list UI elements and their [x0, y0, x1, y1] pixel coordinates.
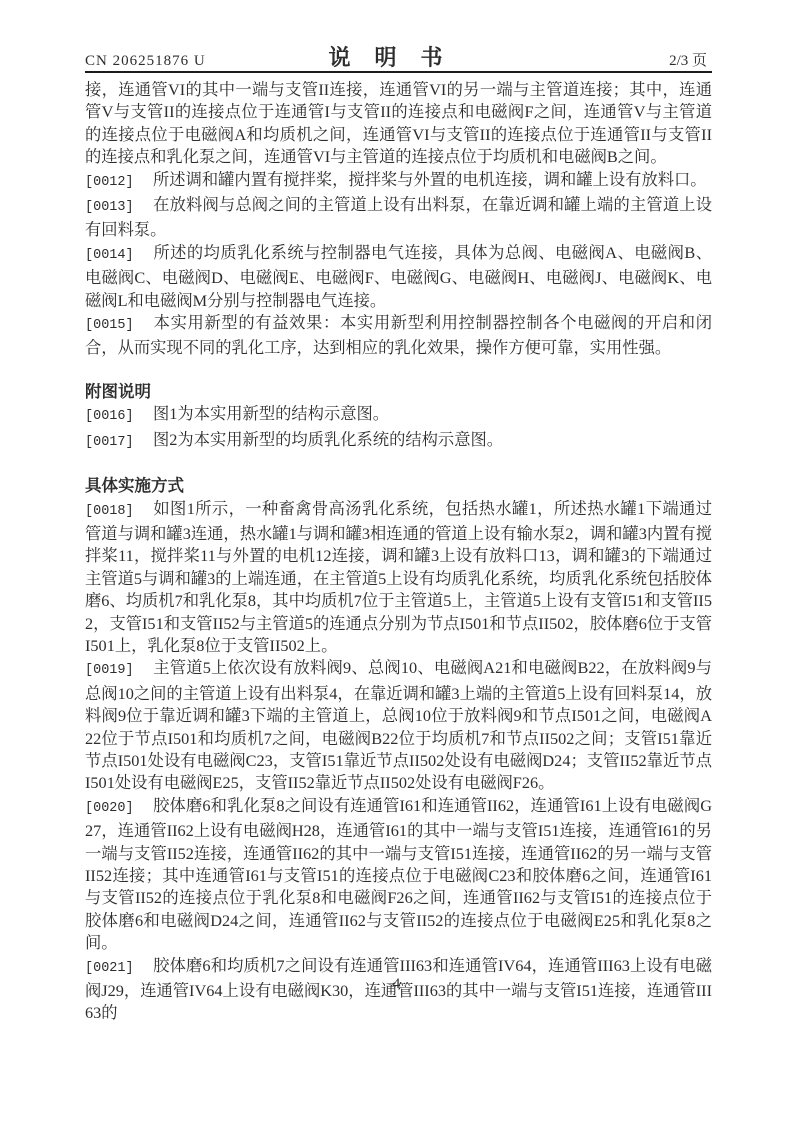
paragraph: [0019]主管道5上依次设有放料阀9、总阀10、电磁阀A21和电磁阀B22，在… [85, 657, 712, 794]
paragraph-number: [0016] [85, 406, 153, 428]
patent-specification-page: CN 206251876 U 说明书 2/3 页 接，连通管VI的其中一端与支管… [0, 0, 793, 1122]
page-header: CN 206251876 U 说明书 2/3 页 [85, 44, 710, 70]
page-footer: 4 [0, 976, 793, 993]
paragraph-number: [0018] [85, 501, 153, 523]
paragraph-number: [0019] [85, 660, 153, 682]
section-heading: 附图说明 [85, 381, 712, 403]
paragraph: [0020]胶体磨6和乳化泵8之间设有连通管I61和连通管II62，连通管I61… [85, 795, 712, 955]
paragraph-text: 如图1所示，一种畜禽骨高汤乳化系统，包括热水罐1，所述热水罐1下端通过管道与调和… [85, 499, 712, 655]
paragraph: [0012]所述调和罐内置有搅拌桨，搅拌桨与外置的电机连接，调和罐上设有放料口。 [85, 169, 712, 194]
page-indicator: 2/3 页 [669, 49, 707, 70]
paragraph-number: [0020] [85, 798, 153, 820]
paragraph-text: 所述的均质乳化系统与控制器电气连接，具体为总阀、电磁阀A、电磁阀B、电磁阀C、电… [85, 243, 712, 310]
paragraph-text: 主管道5上依次设有放料阀9、总阀10、电磁阀A21和电磁阀B22，在放料阀9与总… [85, 658, 712, 792]
header-rule [85, 71, 712, 73]
paragraph-number: [0015] [85, 315, 153, 337]
paragraph-text: 接，连通管VI的其中一端与支管II连接，连通管VI的另一端与主管道连接；其中，连… [85, 80, 712, 166]
paragraph-text: 图1为本实用新型的结构示意图。 [153, 404, 389, 423]
paragraph-text: 胶体磨6和乳化泵8之间设有连通管I61和连通管II62，连通管I61上设有电磁阀… [85, 796, 712, 952]
doc-number: CN 206251876 U [85, 53, 206, 70]
paragraph-text: 图2为本实用新型的均质乳化系统的结构示意图。 [153, 430, 503, 449]
paragraph: [0014]所述的均质乳化系统与控制器电气连接，具体为总阀、电磁阀A、电磁阀B、… [85, 242, 712, 312]
paragraph: [0015]本实用新型的有益效果：本实用新型利用控制器控制各个电磁阀的开启和闭合… [85, 312, 712, 360]
paragraph: [0017]图2为本实用新型的均质乳化系统的结构示意图。 [85, 429, 712, 454]
section-heading: 具体实施方式 [85, 475, 712, 497]
paragraph-number: [0014] [85, 245, 153, 267]
spec-title: 说明书 [328, 41, 466, 72]
paragraph-number: [0017] [85, 432, 153, 454]
paragraph-number: [0013] [85, 197, 153, 219]
paragraph-text: 在放料阀与总阀之间的主管道上设有出料泵，在靠近调和罐上端的主管道上设有回料泵。 [85, 195, 712, 239]
paragraph: 接，连通管VI的其中一端与支管II连接，连通管VI的另一端与主管道连接；其中，连… [85, 79, 712, 169]
paragraph: [0016]图1为本实用新型的结构示意图。 [85, 403, 712, 428]
paragraph: [0013]在放料阀与总阀之间的主管道上设有出料泵，在靠近调和罐上端的主管道上设… [85, 194, 712, 242]
paragraph-text: 所述调和罐内置有搅拌桨，搅拌桨与外置的电机连接，调和罐上设有放料口。 [153, 170, 707, 189]
paragraph-number: [0012] [85, 172, 153, 194]
page-number: 4 [393, 976, 401, 992]
paragraph: [0018]如图1所示，一种畜禽骨高汤乳化系统，包括热水罐1，所述热水罐1下端通… [85, 498, 712, 658]
document-body: 接，连通管VI的其中一端与支管II连接，连通管VI的另一端与主管道连接；其中，连… [85, 79, 712, 1025]
paragraph-text: 本实用新型的有益效果：本实用新型利用控制器控制各个电磁阀的开启和闭合，从而实现不… [85, 313, 712, 357]
